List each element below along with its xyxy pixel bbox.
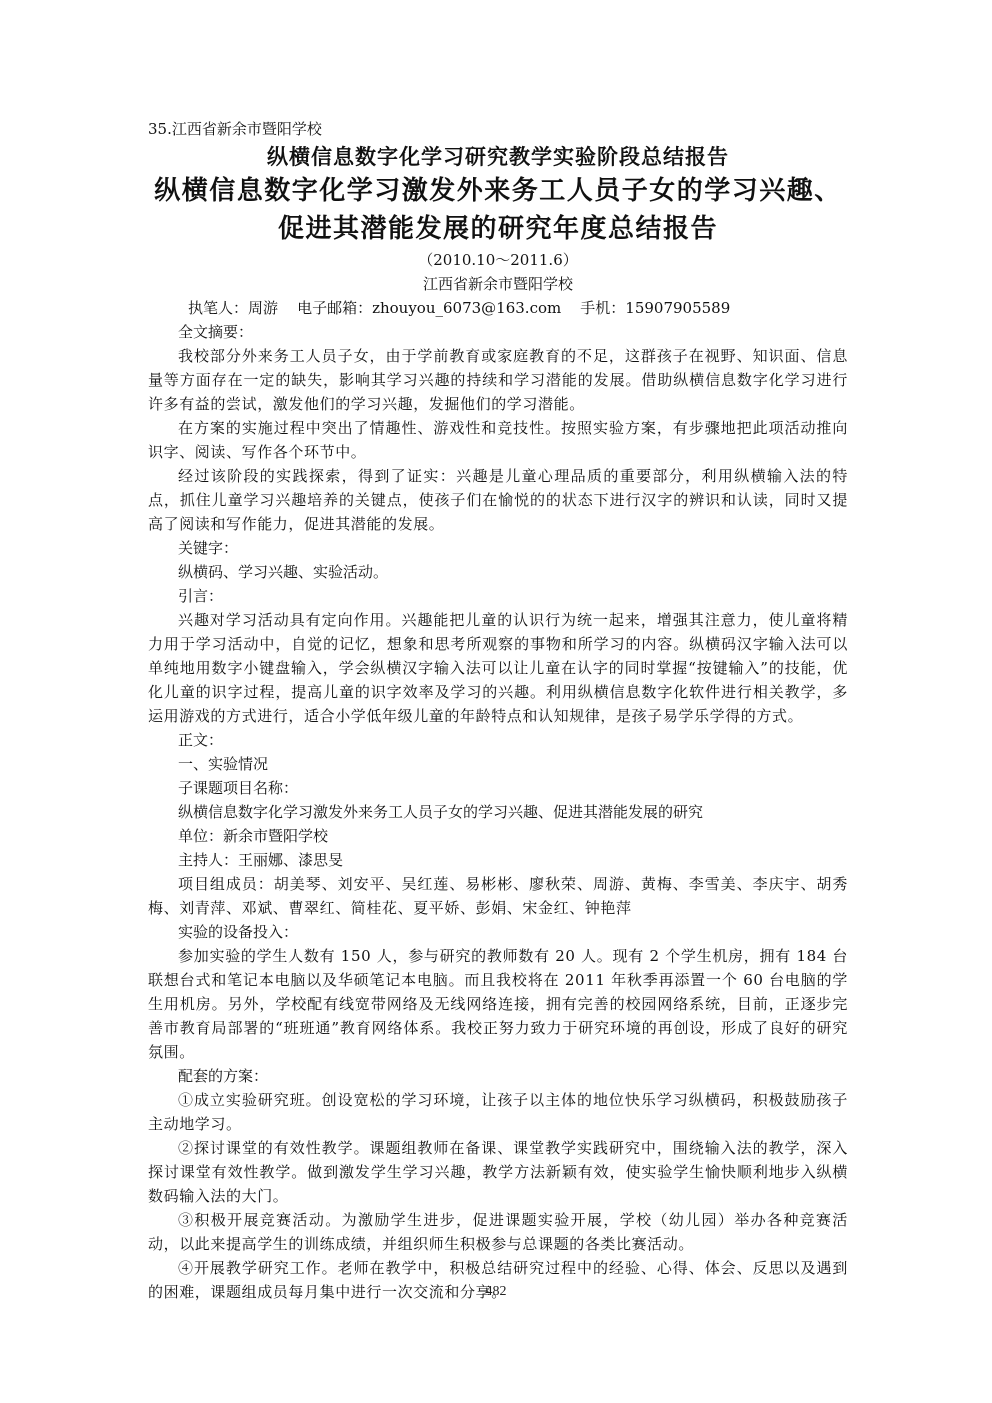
subproject-label: 子课题项目名称： <box>148 776 848 800</box>
hosts: 主持人：王丽娜、漆思旻 <box>148 848 848 872</box>
intro-paragraph: 兴趣对学习活动具有定向作用。兴趣能把儿童的认识行为统一起来，增强其注意力，使儿童… <box>148 608 848 728</box>
page-number: 482 <box>0 1284 992 1300</box>
keywords-heading: 关键字： <box>148 536 848 560</box>
equipment-heading: 实验的设备投入： <box>148 920 848 944</box>
subproject-name: 纵横信息数字化学习激发外来务工人员子女的学习兴趣、促进其潜能发展的研究 <box>148 800 848 824</box>
unit: 单位：新余市暨阳学校 <box>148 824 848 848</box>
equipment-paragraph: 参加实验的学生人数有 150 人，参与研究的教师数有 20 人。现有 2 个学生… <box>148 944 848 1064</box>
author-line: 执笔人：周游 电子邮箱：zhouyou_6073@163.com 手机：1590… <box>188 296 848 320</box>
date-range: （2010.10～2011.6） <box>148 248 848 272</box>
plan-item: ①成立实验研究班。创设宽松的学习环境，让孩子以主体的地位快乐学习纵横码，积极鼓励… <box>148 1088 848 1136</box>
keywords: 纵横码、学习兴趣、实验活动。 <box>148 560 848 584</box>
plan-item: ③积极开展竞赛活动。为激励学生进步，促进课题实验开展，学校（幼儿园）举办各种竞赛… <box>148 1208 848 1256</box>
members: 项目组成员：胡美琴、刘安平、吴红莲、易彬彬、廖秋荣、周游、黄梅、李雪美、李庆宇、… <box>148 872 848 920</box>
plan-heading: 配套的方案： <box>148 1064 848 1088</box>
abstract-paragraph: 我校部分外来务工人员子女，由于学前教育或家庭教育的不足，这群孩子在视野、知识面、… <box>148 344 848 416</box>
abstract-paragraph: 在方案的实施过程中突出了情趣性、游戏性和竞技性。按照实验方案，有步骤地把此项活动… <box>148 416 848 464</box>
section-label: 35.江西省新余市暨阳学校 <box>148 118 848 140</box>
school-name: 江西省新余市暨阳学校 <box>148 272 848 296</box>
body-heading: 正文： <box>148 728 848 752</box>
document-page: 35.江西省新余市暨阳学校 纵横信息数字化学习研究教学实验阶段总结报告 纵横信息… <box>0 0 992 1403</box>
plan-item: ②探讨课堂的有效性教学。课题组教师在备课、课堂教学实践研究中，围绕输入法的教学，… <box>148 1136 848 1208</box>
section-heading: 一、实验情况 <box>148 752 848 776</box>
abstract-paragraph: 经过该阶段的实践探索，得到了证实：兴趣是儿童心理品质的重要部分，利用纵横输入法的… <box>148 464 848 536</box>
report-subtitle: 纵横信息数字化学习激发外来务工人员子女的学习兴趣、促进其潜能发展的研究年度总结报… <box>148 172 848 248</box>
document-content: 35.江西省新余市暨阳学校 纵横信息数字化学习研究教学实验阶段总结报告 纵横信息… <box>148 118 848 1304</box>
report-title: 纵横信息数字化学习研究教学实验阶段总结报告 <box>148 142 848 172</box>
abstract-heading: 全文摘要： <box>148 320 848 344</box>
intro-heading: 引言： <box>148 584 848 608</box>
